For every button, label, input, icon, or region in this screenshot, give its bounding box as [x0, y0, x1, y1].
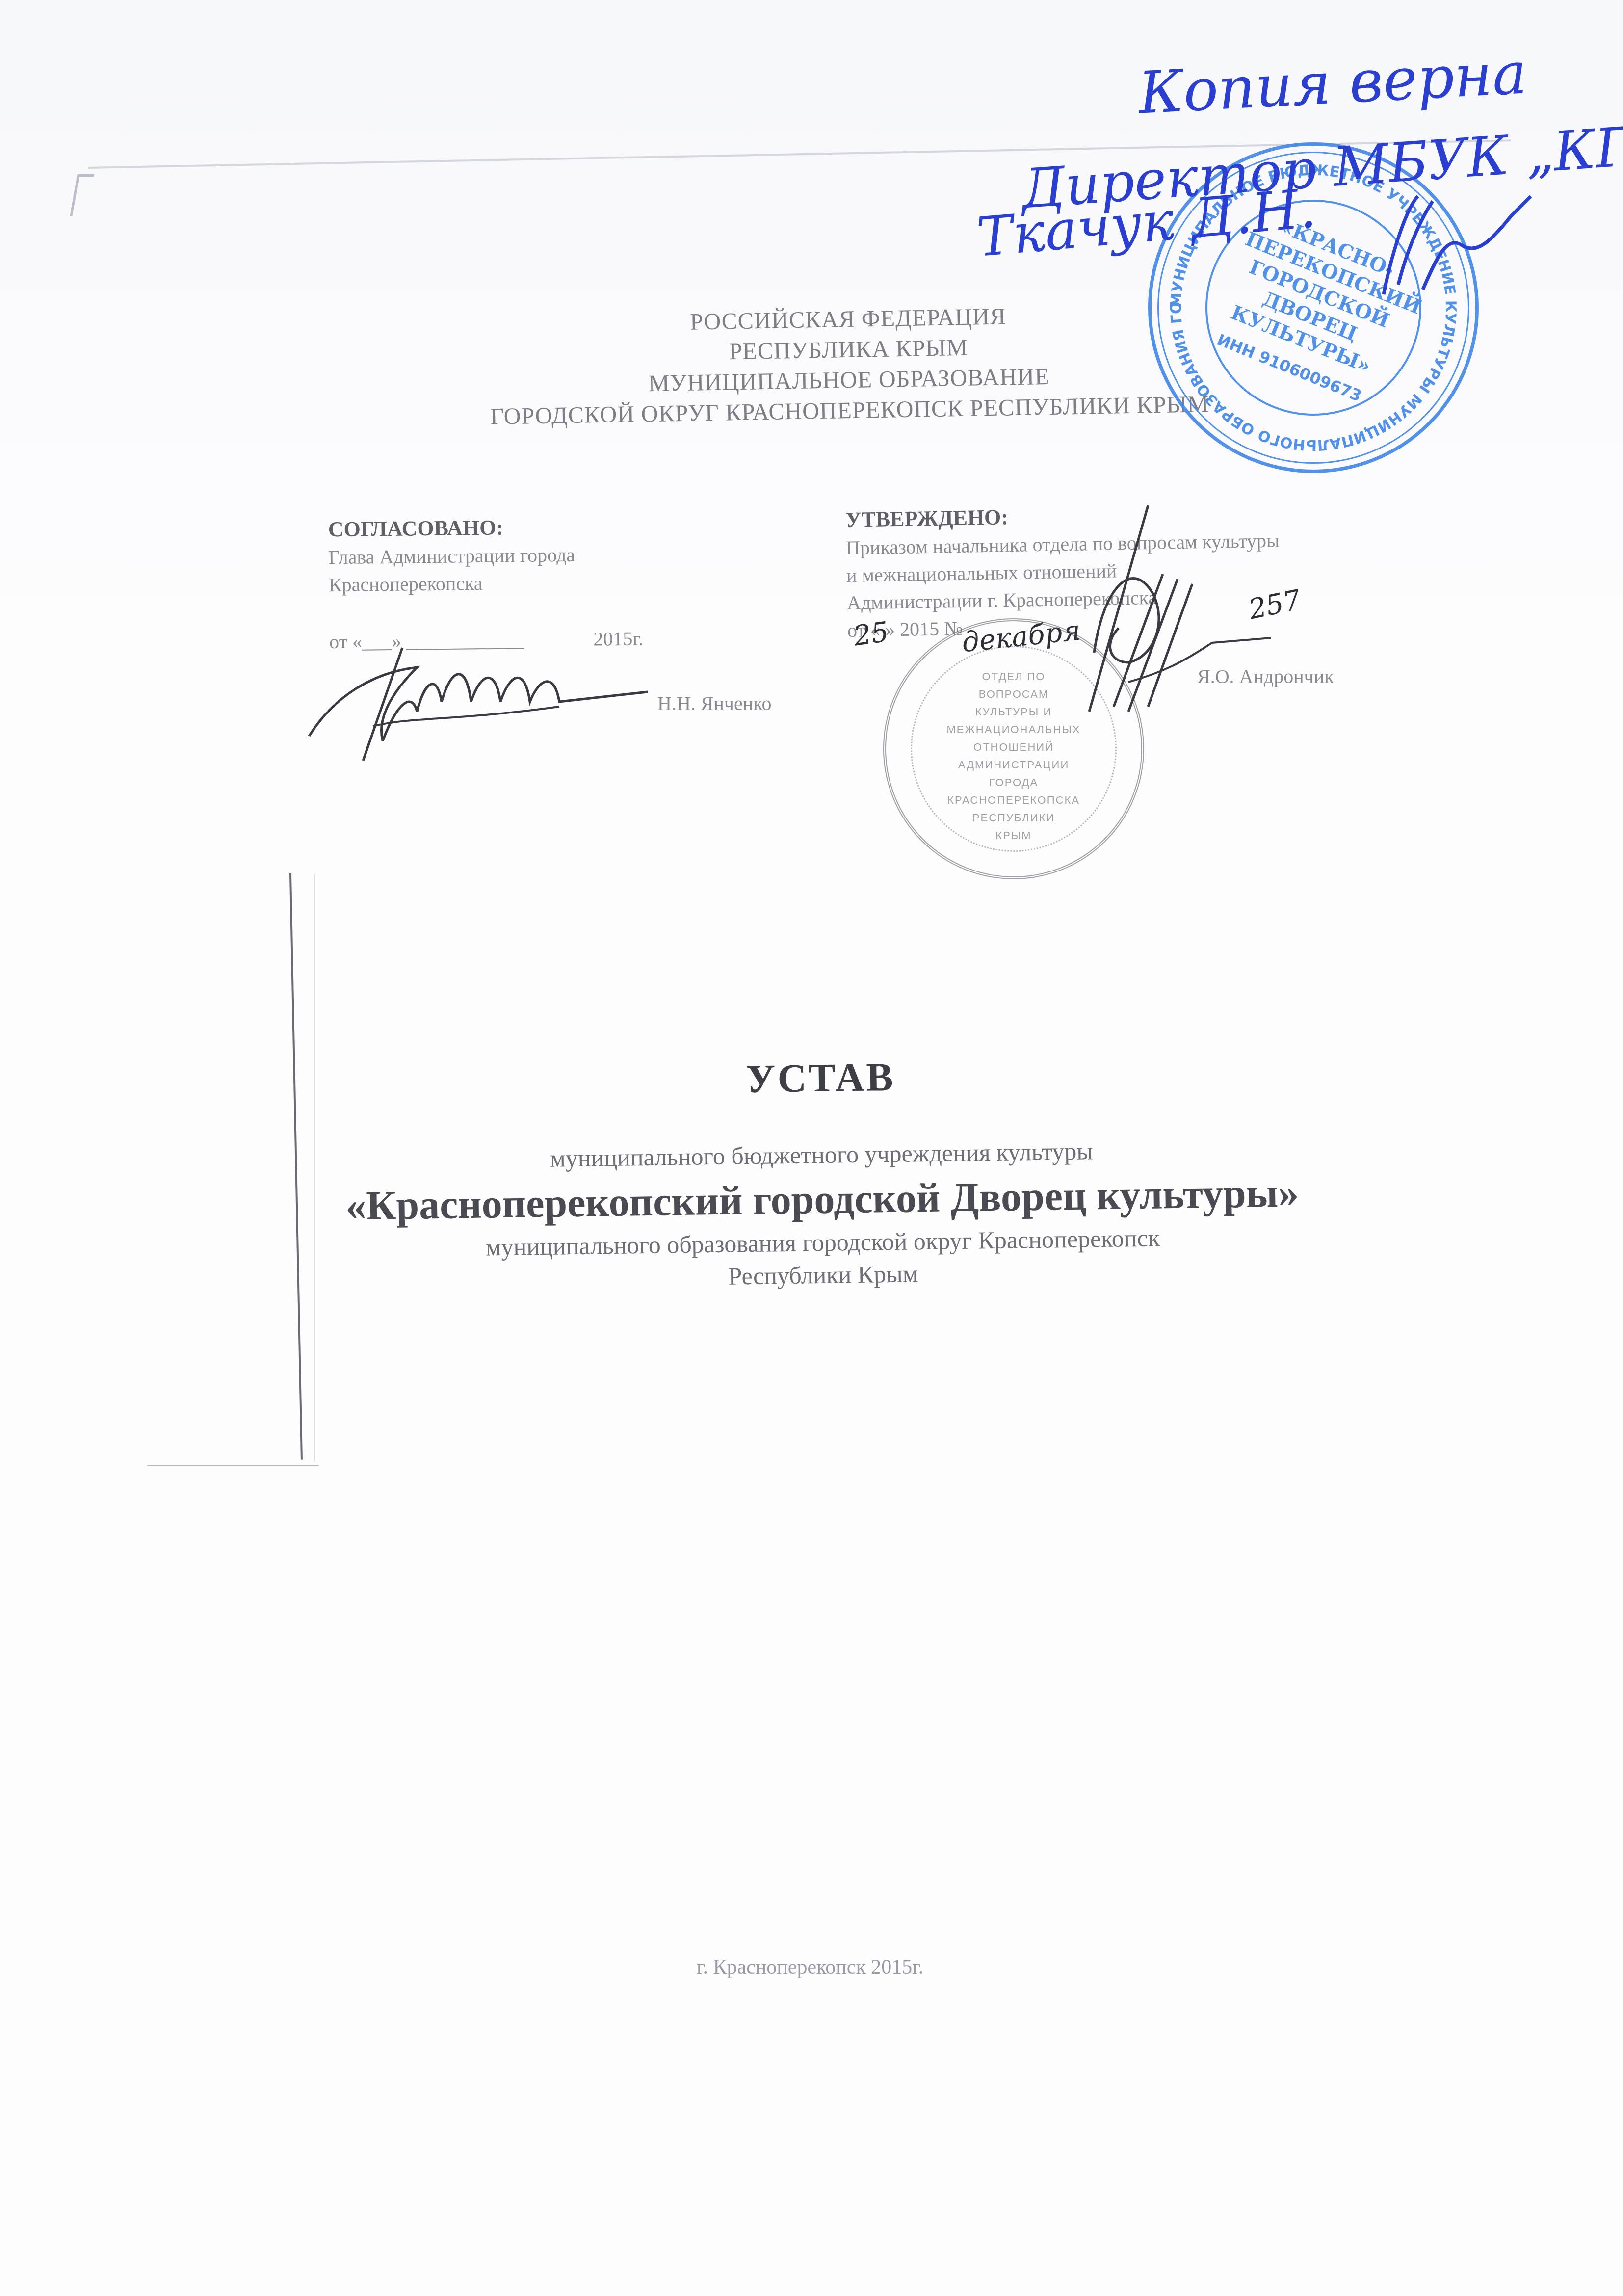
- handwritten-day: 25: [852, 616, 891, 652]
- document-institution-name: «Красноперекопский городской Дворец куль…: [294, 1168, 1350, 1231]
- approval-agreed-signer: Н.Н. Янченко: [657, 692, 772, 715]
- approval-agreed-position: Глава Администрации города: [328, 539, 819, 571]
- footer-place-year: г. Красноперекопск 2015г.: [697, 1955, 923, 1979]
- signature-left: [304, 638, 657, 765]
- signature-blue: [1364, 186, 1541, 314]
- document-title: УСТАВ: [293, 1048, 1348, 1108]
- approval-approved-signer: Я.О. Андрончик: [1197, 665, 1334, 688]
- handwritten-copy-true: Копия верна: [1137, 39, 1528, 127]
- approval-agreed-heading: СОГЛАСОВАНО:: [328, 510, 819, 544]
- document-title-block: УСТАВ муниципального бюджетного учрежден…: [293, 1048, 1351, 1296]
- scan-corner-mark: [70, 174, 95, 216]
- approval-agreed-city: Красноперекопска: [329, 566, 820, 599]
- approval-agreed-block: СОГЛАСОВАНО: Глава Администрации города …: [328, 510, 820, 656]
- document-subtitle-institution-type: муниципального бюджетного учреждения кул…: [294, 1133, 1349, 1176]
- frame-line-bottom: [147, 1465, 319, 1466]
